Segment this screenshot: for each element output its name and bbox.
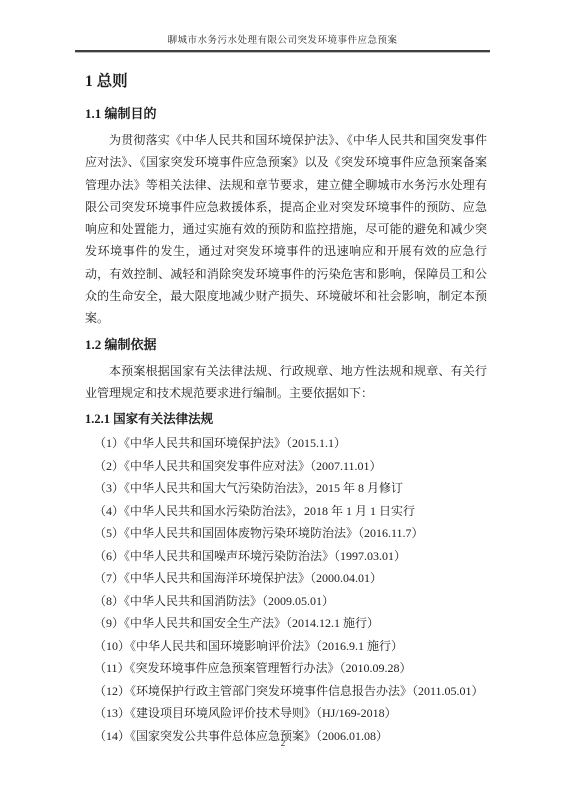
law-list-item: （10）《中华人民共和国环境影响评价法》（2016.9.1 施行） [94, 635, 487, 658]
law-list-item: （9）《中华人民共和国安全生产法》（2014.12.1 施行） [94, 612, 487, 635]
law-list-item: （4）《中华人民共和国水污染防治法》，2018 年 1 月 1 日实行 [94, 500, 487, 523]
header-rule [75, 50, 490, 53]
heading-1-general-rules: 1 总则 [85, 72, 487, 92]
law-list-item: （7）《中华人民共和国海洋环境保护法》（2000.04.01） [94, 567, 487, 590]
document-page: 聊城市水务污水处理有限公司突发环境事件应急预案 1 总则 1.1 编制目的 为贯… [0, 0, 566, 800]
law-list-item: （6）《中华人民共和国噪声环境污染防治法》（1997.03.01） [94, 545, 487, 568]
law-list: （1）《中华人民共和国环境保护法》（2015.1.1） （2）《中华人民共和国突… [85, 432, 487, 747]
paragraph-purpose: 为贯彻落实《中华人民共和国环境保护法》、《中华人民共和国突发事件应对法》、《国家… [85, 129, 487, 330]
paragraph-basis: 本预案根据国家有关法律法规、行政规章、地方性法规和规章、有关行业管理规定和技术规… [85, 360, 487, 405]
page-number: 2 [0, 739, 566, 749]
heading-1-2-1-national-laws: 1.2.1 国家有关法律法规 [85, 410, 487, 428]
law-list-item: （8）《中华人民共和国消防法》（2009.05.01） [94, 590, 487, 613]
law-list-item: （11）《突发环境事件应急预案管理暂行办法》（2010.09.28） [94, 657, 487, 680]
law-list-item: （13）《建设项目环境风险评价技术导则》（HJ/169-2018） [94, 702, 487, 725]
law-list-item: （2）《中华人民共和国突发事件应对法》（2007.11.01） [94, 455, 487, 478]
heading-1-2-basis: 1.2 编制依据 [85, 336, 487, 354]
running-header: 聊城市水务污水处理有限公司突发环境事件应急预案 [75, 32, 490, 46]
page-content: 1 总则 1.1 编制目的 为贯彻落实《中华人民共和国环境保护法》、《中华人民共… [85, 72, 487, 747]
law-list-item: （5）《中华人民共和国固体废物污染环境防治法》（2016.11.7） [94, 522, 487, 545]
heading-1-1-purpose: 1.1 编制目的 [85, 105, 487, 123]
law-list-item: （3）《中华人民共和国大气污染防治法》，2015 年 8 月修订 [94, 477, 487, 500]
law-list-item: （12）《环境保护行政主管部门突发环境事件信息报告办法》（2011.05.01） [94, 680, 487, 703]
law-list-item: （1）《中华人民共和国环境保护法》（2015.1.1） [94, 432, 487, 455]
